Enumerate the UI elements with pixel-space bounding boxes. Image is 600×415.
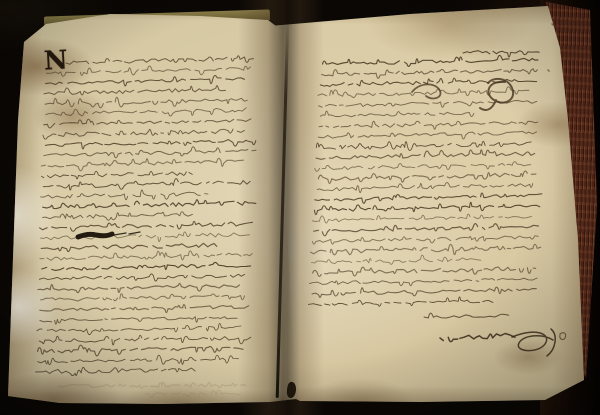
manuscript-photo: N [0, 0, 600, 415]
handwriting-layer [0, 0, 600, 415]
